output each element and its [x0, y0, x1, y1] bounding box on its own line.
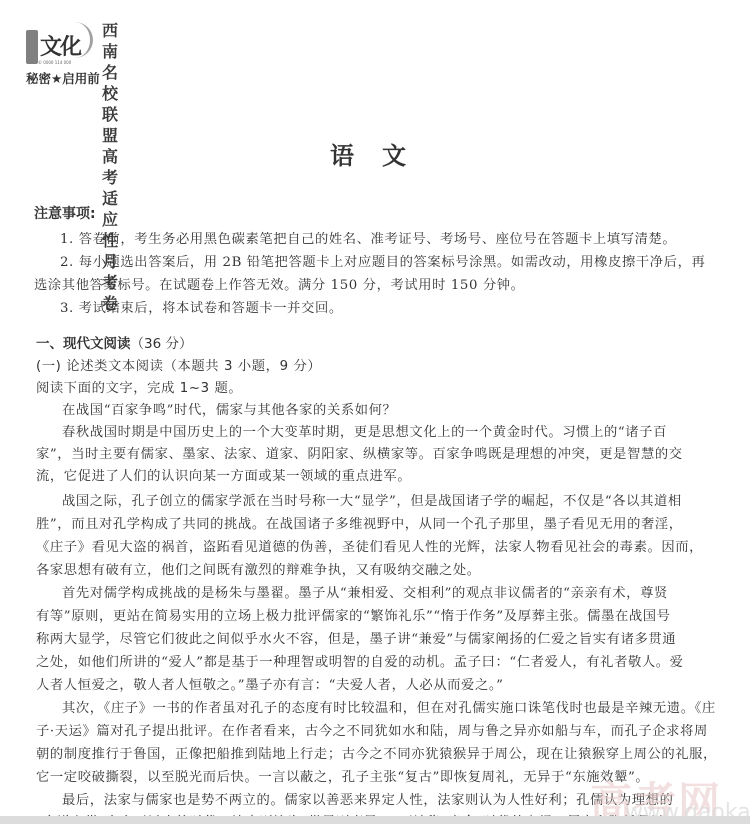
notice-line: 2. 每小题选出答案后，用 2B 铅笔把答题卡上对应题目的答案标号涂黑。如需改动… [60, 251, 705, 270]
passage-line: 其次，《庄子》一书的作者虽对孔子的态度有时比较温和，但在对孔儒实施口诛笔伐时也最… [62, 697, 716, 716]
passage-line: 有等”原则，更站在简易实用的立场上极力批评儒家的“繁饰礼乐”“惰于作务”及厚葬主… [36, 605, 671, 624]
notice-line: 1. 答卷前，考生务必用黑色碳素笔把自己的姓名、准考证号、考场号、座位号在答题卡… [60, 228, 676, 247]
passage-line: 最后，法家与儒家也是势不两立的。儒家以善恶来界定人性，法家则认为人性好利；孔儒认… [62, 789, 673, 808]
passage-line: 称两大显学，尽管它们彼此之间似乎水火不容，但是，墨子讲“兼爱”与儒家阐扬的仁爱之… [36, 628, 676, 647]
passage-line: 朝的制度推行于鲁国，正像把船推到陆地上行走；古今之不同亦犹猿猴异于周公，现在让猿… [36, 743, 717, 762]
passage-title: 在战国“百家争鸣”时代，儒家与其他各家的关系如何？ [62, 399, 396, 418]
passage-line: 胜”，而且对孔学构成了共同的挑战。在战国诸子多维视野中，从同一个孔子那里，墨子看… [36, 513, 683, 532]
passage-line: 人者人恒爱之，敬人者人恒敬之。”墨子亦有言：“夫爱人者，人必从而爱之。” [36, 674, 504, 693]
logo-small-text: © 0000 114 000 [38, 60, 71, 65]
passage-line: 春秋战国时期是中国历史上的一个大变革时期，更是思想文化上的一个黄金时代。习惯上的… [62, 421, 667, 440]
section-heading: 一、现代文阅读（36 分） [36, 332, 192, 352]
notice-line: 3. 考试结束后，将本试卷和答题卡一并交回。 [60, 297, 343, 316]
publisher-logo: 文化 © 0000 114 000 [26, 22, 88, 70]
section-score: （36 分） [131, 336, 193, 352]
brand-line-1: 西南名校联盟 [102, 20, 123, 146]
passage-line: 首先对儒学构成挑战的是杨朱与墨翟。墨子从“兼相爱、交相利”的观点非议儒者的“亲亲… [62, 582, 668, 601]
passage-line: 家”，当时主要有儒家、墨家、法家、道家、阴阳家、纵横家等。百家争鸣既是理想的冲突… [36, 443, 683, 462]
passage-line: 子·天运》篇对孔子提出批评。在作者看来，古今之不同犹如水和陆，周与鲁之异亦如船与… [36, 720, 708, 739]
section-title: 一、现代文阅读 [36, 336, 131, 352]
reading-instruction: 阅读下面的文字，完成 1~3 题。 [36, 377, 242, 396]
notice-line: 选涂其他答案标号。在试题卷上作答无效。满分 150 分，考试用时 150 分钟。 [34, 274, 525, 293]
passage-line: 各家思想有破有立，他们之间既有激烈的辩难争执，又有吸纳交融之处。 [36, 559, 481, 578]
page-bottom-edge [0, 816, 750, 824]
passage-line: 《庄子》看见大盗的祸首，盗跖看见道德的伪善，圣徒们看见人性的光辉，法家人物看见社… [36, 536, 703, 555]
passage-line: 战国之际，孔子创立的儒家学派在当时号称一大“显学”，但是战国诸子学的崛起，不仅是… [62, 490, 682, 509]
logo-arc-icon [62, 22, 93, 58]
passage-line: 它一定咬破撕裂，以至脱光而后快。一言以蔽之，孔子主张“复古”即恢复周礼，无异于“… [36, 766, 649, 785]
logo-mark-icon [26, 30, 38, 64]
subsection-heading: (一) 论述类文本阅读（本题共 3 小题，9 分） [36, 355, 321, 374]
confidential-label: 秘密★启用前 [26, 69, 100, 87]
page-title: 语文 [0, 136, 750, 171]
notice-heading: 注意事项: [34, 203, 96, 223]
passage-line: 流，它促进了人们的认识向某一方面或某一领域的重点进军。 [36, 465, 411, 484]
passage-line: 之处，如他们所讲的“爱人”都是基于一种理智或明智的自爱的动机。孟子曰：“仁者爱人… [36, 651, 684, 670]
